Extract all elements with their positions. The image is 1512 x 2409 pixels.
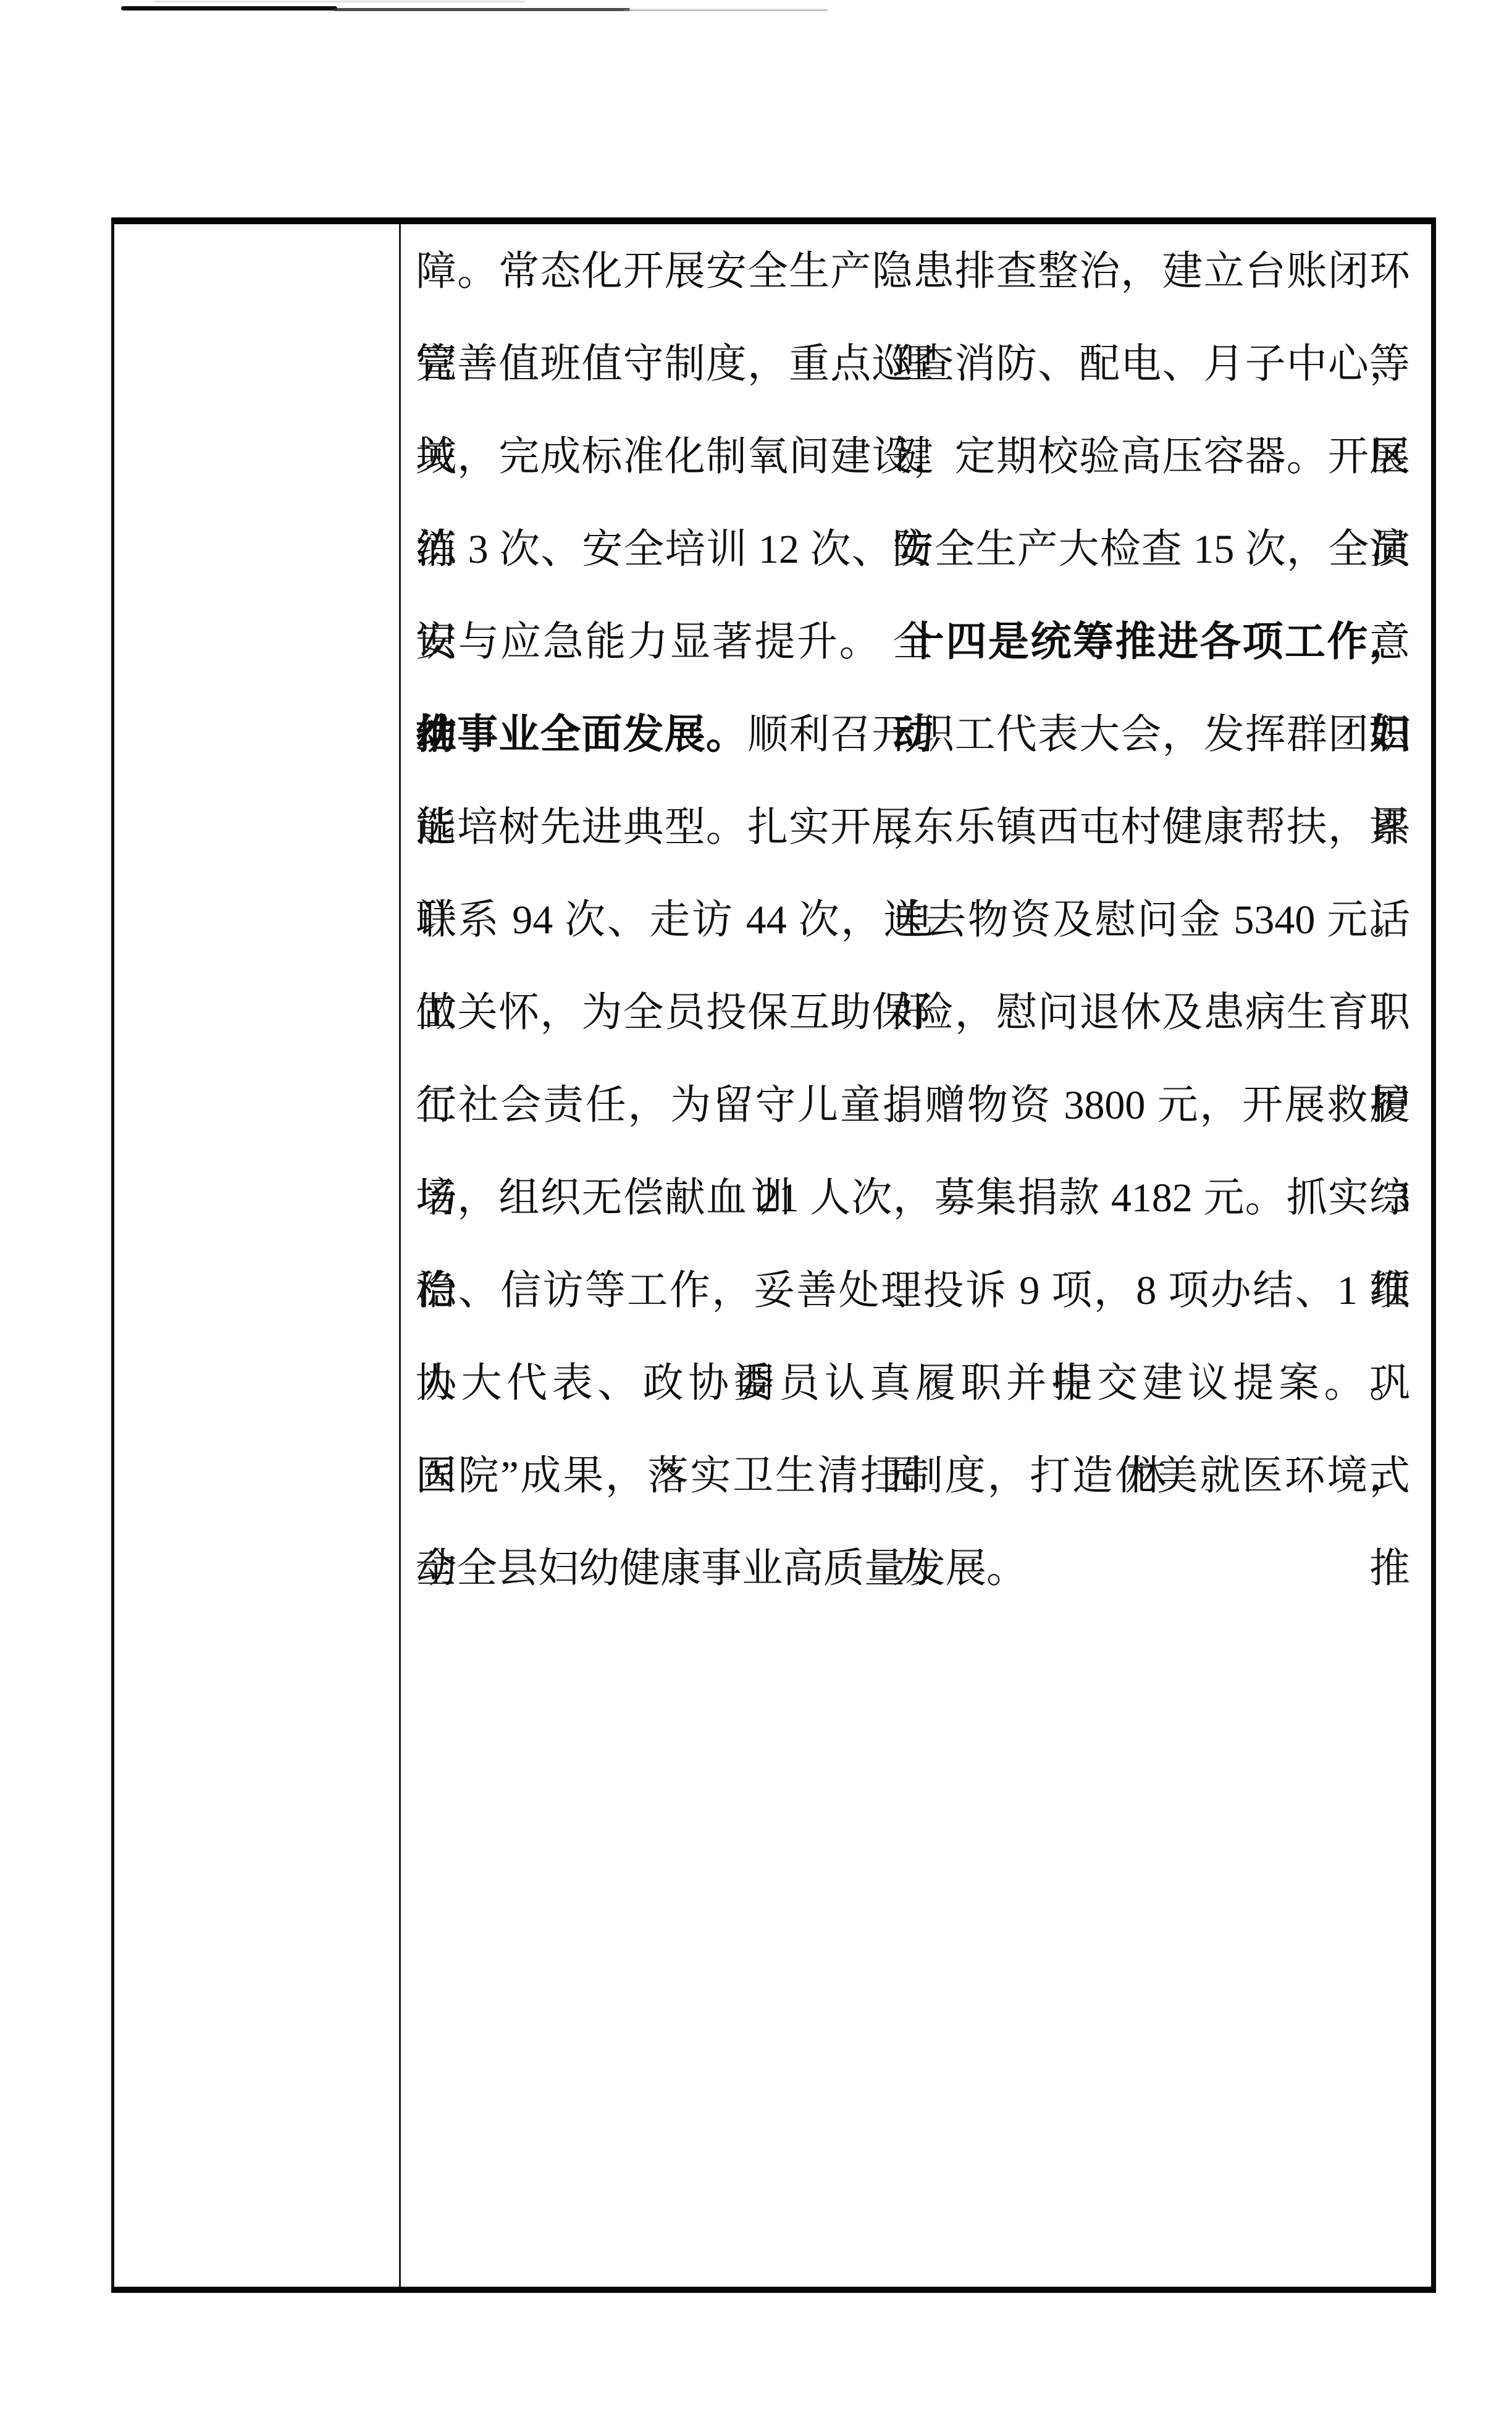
text-line: 工关怀，为全员投保互助保险，慰问退休及患病生育职工。履	[416, 967, 1410, 1059]
text-segment: 动全县妇幼健康事业高质量发展。	[416, 1546, 1027, 1591]
text-line: 完善值班值守制度，重点巡查消防、配电、月子中心等关键区	[416, 318, 1410, 411]
scan-artifact-line	[121, 6, 337, 11]
text-line: 障。常态化开展安全生产隐患排查整治，建立台账闭环管理，	[416, 225, 1410, 318]
text-line: 练 3 次、安全培训 12 次、安全生产大检查 15 次，全员安全意	[416, 503, 1410, 596]
text-line: 人大代表、政协委员认真履职并提交建议提案。巩固“园林式	[416, 1337, 1410, 1430]
text-line: 场，组织无偿献血 21 人次，募集捐款 4182 元。抓实综治、维	[416, 1152, 1410, 1245]
text-line: 域，完成标准化制氧间建设，定期校验高压容器。开展消防演	[416, 411, 1410, 503]
table-left-cell	[114, 224, 401, 2287]
document-page: 障。常态化开展安全生产隐患排查整治，建立台账闭环管理，完善值班值守制度，重点巡查…	[0, 0, 1512, 2409]
text-segment: 幼事业全面发展。	[416, 712, 747, 757]
text-line: 幼事业全面发展。顺利召开职工代表大会，发挥群团职能，评	[416, 689, 1410, 781]
text-line: 选培树先进典型。扎实开展东乐镇西屯村健康帮扶，累计电话	[416, 781, 1410, 874]
text-line: 识与应急能力显著提升。 十四是统筹推进各项工作，推动妇	[416, 596, 1410, 689]
table-text-cell: 障。常态化开展安全生产隐患排查整治，建立台账闭环管理，完善值班值守制度，重点巡查…	[401, 224, 1431, 2287]
text-line: 医院”成果，落实卫生清扫制度，打造优美就医环境，全力推	[416, 1430, 1410, 1523]
scan-artifact-line	[624, 9, 828, 11]
scan-artifact-line	[154, 1, 525, 2]
text-line: 联系 94 次、走访 44 次，送去物资及慰问金 5340 元。做好职	[416, 874, 1410, 967]
scan-artifact-line	[334, 8, 630, 11]
text-line: 行社会责任，为留守儿童捐赠物资 3800 元，开展救护培训 3	[416, 1059, 1410, 1152]
text-segment: 识与应急能力显著提升。	[416, 620, 904, 665]
report-table: 障。常态化开展安全生产隐患排查整治，建立台账闭环管理，完善值班值守制度，重点巡查…	[111, 217, 1436, 2293]
text-line: 稳、信访等工作，妥善处理投诉 9 项，8 项办结、1 项协调中。	[416, 1245, 1410, 1337]
